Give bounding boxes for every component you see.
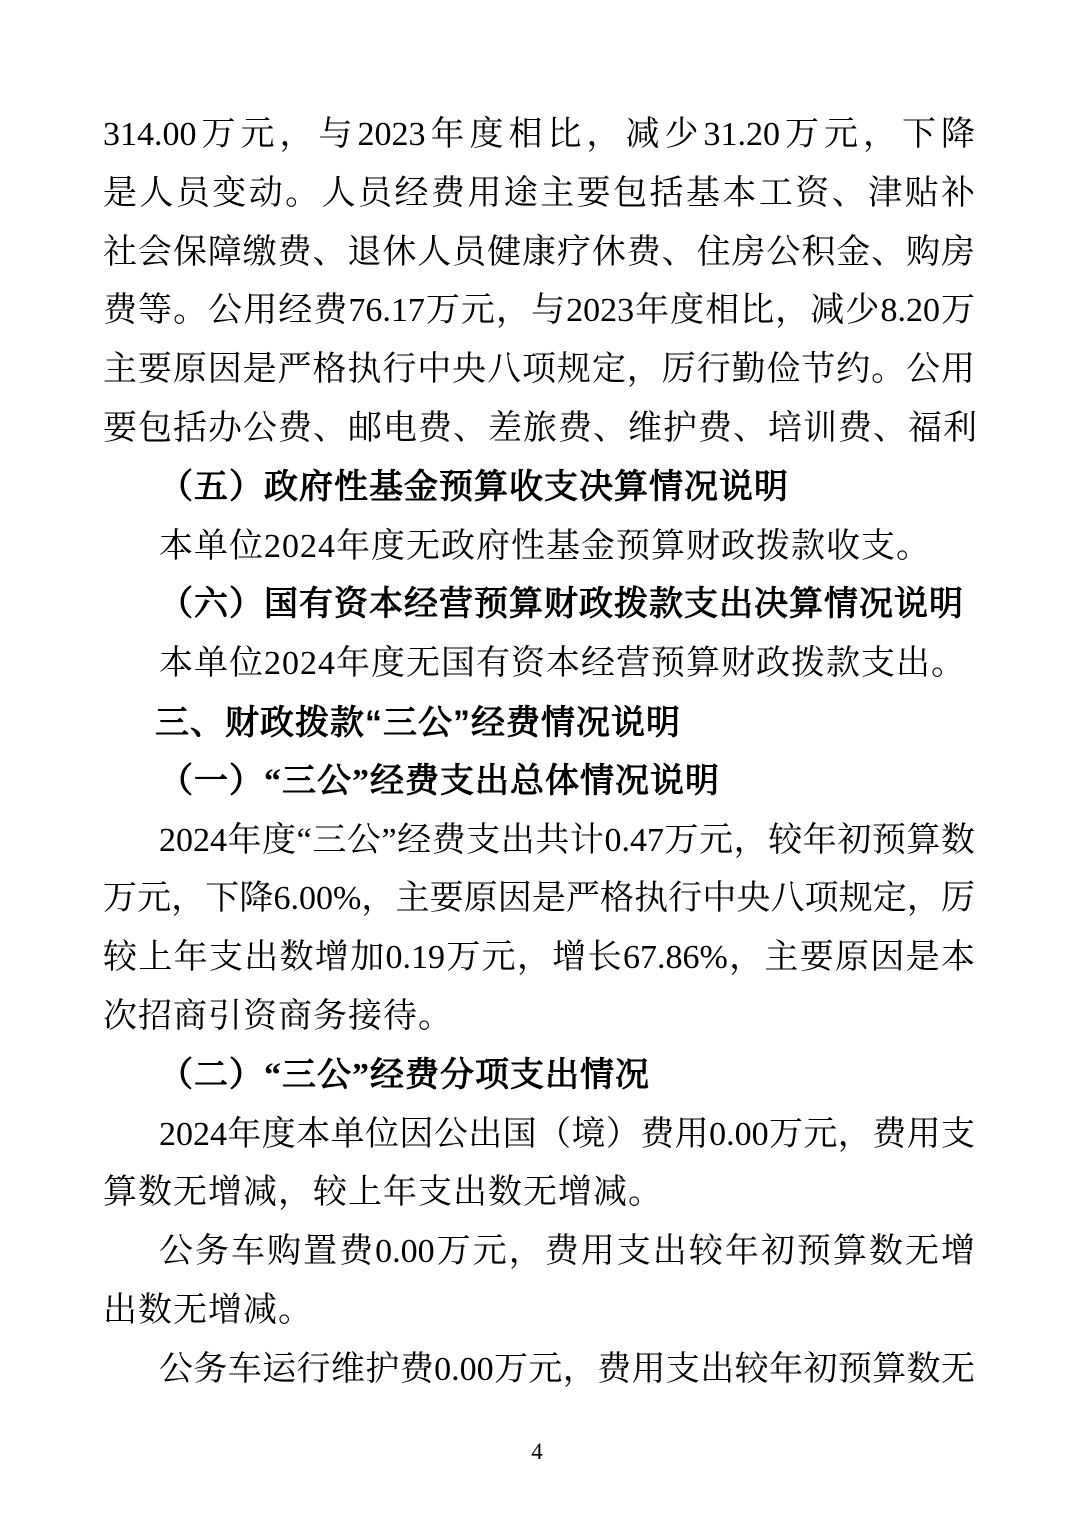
text-line: 公务车购置费0.00万元，费用支出较年初预算数无增减，较上年支 bbox=[103, 1223, 975, 1282]
text-line: 较上年支出数增加0.19万元，增长67.86%，主要原因是本年度发生一批 bbox=[103, 929, 975, 988]
heading-section-3-three-public-funds: 三、财政拨款“三公”经费情况说明 bbox=[103, 694, 975, 753]
para-overall-three-public-expense: 2024年度“三公”经费支出共计0.47万元，较年初预算数减少0.03 万元，下… bbox=[103, 812, 975, 1047]
para-overseas-trip-expense: 2024年度本单位因公出国（境）费用0.00万元，费用支出较年初预 算数无增减，… bbox=[103, 1106, 975, 1224]
heading-line: 三、财政拨款“三公”经费情况说明 bbox=[103, 694, 975, 753]
document-page: 314.00万元，与2023年度相比，减少31.20万元，下降9.04%，主要原… bbox=[0, 0, 1074, 1520]
text-line: 要包括办公费、邮电费、差旅费、维护费、培训费、福利费等。 bbox=[103, 400, 975, 459]
text-line: 算数无增减，较上年支出数无增减。 bbox=[103, 1164, 975, 1223]
text-line: 万元，下降6.00%，主要原因是严格执行中央八项规定，厉行勤俭节约。 bbox=[103, 870, 975, 929]
text-line: 社会保障缴费、退休人员健康疗休费、住房公积金、购房补贴、医疗 bbox=[103, 224, 975, 283]
text-block: 314.00万元，与2023年度相比，减少31.20万元，下降9.04%，主要原… bbox=[103, 106, 975, 1400]
heading-section-6-state-capital-budget: （六）国有资本经营预算财政拨款支出决算情况说明 bbox=[103, 576, 975, 635]
text-line: 2024年度本单位因公出国（境）费用0.00万元，费用支出较年初预 bbox=[103, 1106, 975, 1165]
heading-line: （六）国有资本经营预算财政拨款支出决算情况说明 bbox=[103, 576, 975, 635]
page-number: 4 bbox=[0, 1436, 1074, 1468]
text-line: 本单位2024年度无政府性基金预算财政拨款收支。 bbox=[103, 518, 975, 577]
para-personnel-public-funds: 314.00万元，与2023年度相比，减少31.20万元，下降9.04%，主要原… bbox=[103, 106, 975, 459]
text-line: 主要原因是严格执行中央八项规定，厉行勤俭节约。公用经费用途主 bbox=[103, 341, 975, 400]
text-line: 次招商引资商务接待。 bbox=[103, 988, 975, 1047]
heading-line: （五）政府性基金预算收支决算情况说明 bbox=[103, 459, 975, 518]
text-line: 2024年度“三公”经费支出共计0.47万元，较年初预算数减少0.03 bbox=[103, 812, 975, 871]
heading-section-5-gov-fund-budget: （五）政府性基金预算收支决算情况说明 bbox=[103, 459, 975, 518]
text-line: 公务车运行维护费0.00万元，费用支出较年初预算数无增减，较上 bbox=[103, 1341, 975, 1400]
text-line: 出数无增减。 bbox=[103, 1282, 975, 1341]
para-gov-fund-budget: 本单位2024年度无政府性基金预算财政拨款收支。 bbox=[103, 518, 975, 577]
heading-3-1-overall-expense: （一）“三公”经费支出总体情况说明 bbox=[103, 753, 975, 812]
heading-line: （一）“三公”经费支出总体情况说明 bbox=[103, 753, 975, 812]
para-state-capital-budget: 本单位2024年度无国有资本经营预算财政拨款支出。 bbox=[103, 635, 975, 694]
text-line: 是人员变动。人员经费用途主要包括基本工资、津贴补贴、绩效工资、 bbox=[103, 165, 975, 224]
text-line: 本单位2024年度无国有资本经营预算财政拨款支出。 bbox=[103, 635, 975, 694]
text-line: 314.00万元，与2023年度相比，减少31.20万元，下降9.04%，主要原… bbox=[103, 106, 975, 165]
text-line: 费等。公用经费76.17万元，与2023年度相比，减少8.20万元，下降9.72… bbox=[103, 282, 975, 341]
heading-3-2-itemized-expense: （二）“三公”经费分项支出情况 bbox=[103, 1047, 975, 1106]
para-vehicle-maintenance-expense: 公务车运行维护费0.00万元，费用支出较年初预算数无增减，较上 bbox=[103, 1341, 975, 1400]
para-vehicle-purchase-expense: 公务车购置费0.00万元，费用支出较年初预算数无增减，较上年支 出数无增减。 bbox=[103, 1223, 975, 1341]
heading-line: （二）“三公”经费分项支出情况 bbox=[103, 1047, 975, 1106]
